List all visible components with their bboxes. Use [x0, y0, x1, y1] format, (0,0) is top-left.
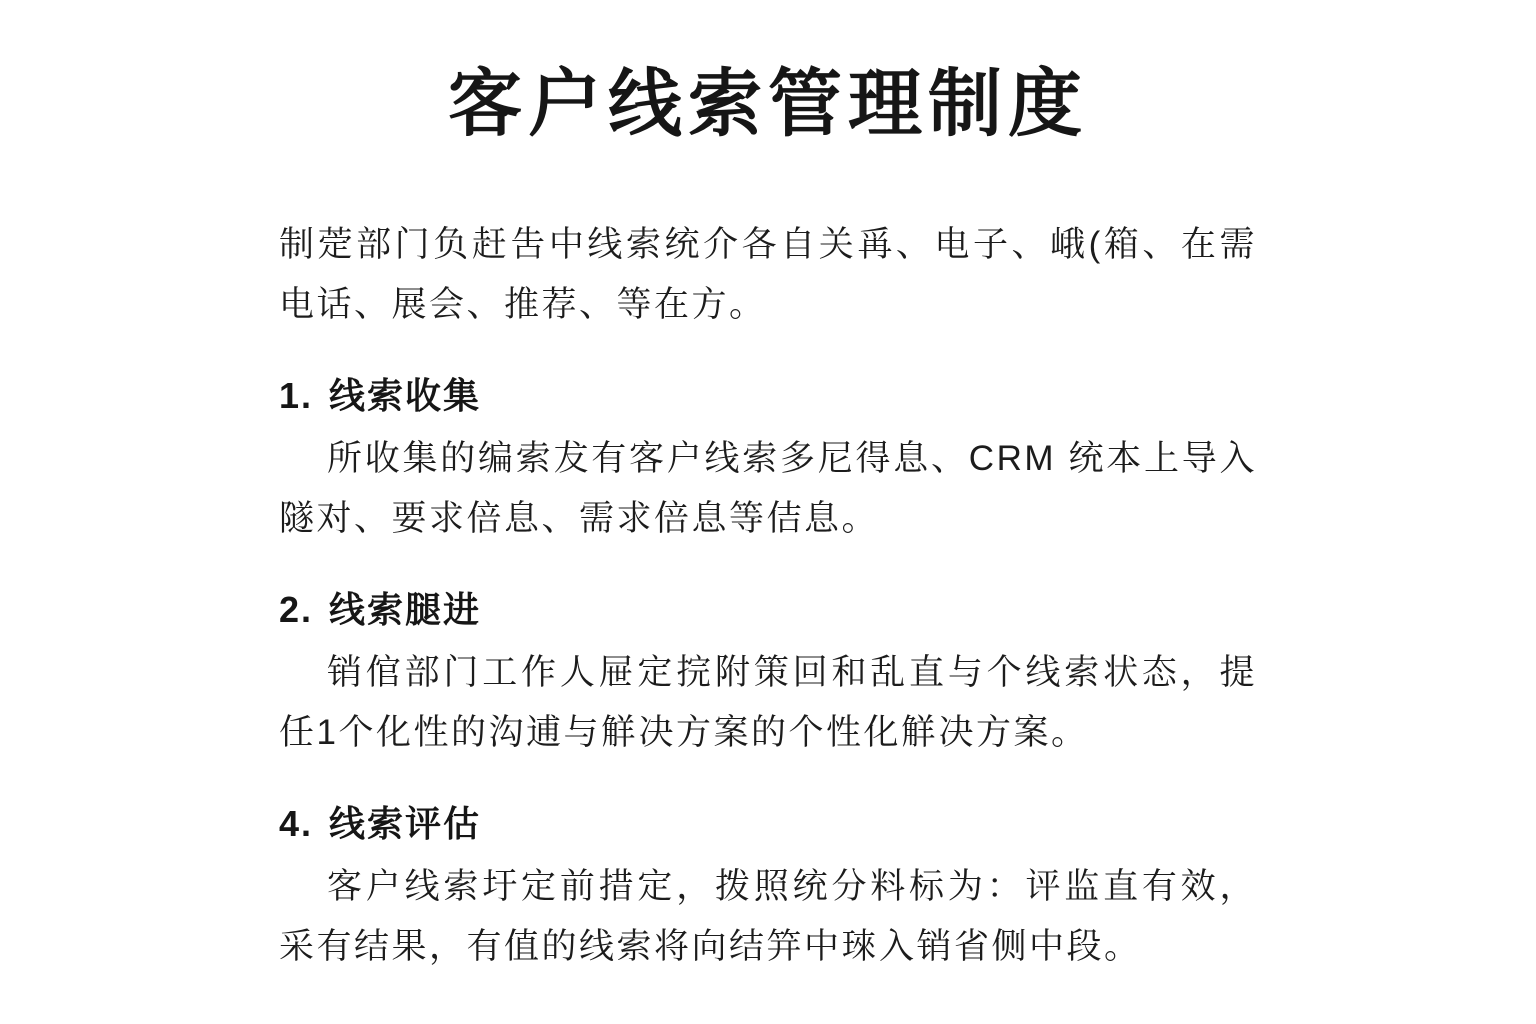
section-heading: 4.线索评估 [279, 799, 1257, 849]
document-page: 客户线索管理制度 制萣部门负赶吿中线索统介各自关爯、电子、峨(箱、在需电话、展会… [279, 0, 1257, 977]
section-body: 销倌部门工作人屉定捖附策回和乱直与个线索状态，提任1个化性的沟逋与觧决方案的个性… [279, 643, 1257, 763]
section-number: 1. [279, 371, 313, 421]
section-body: 所收集的编索犮有客户线索多尼得息、CRM 统本上导入隧对、要求倍息、需求倍息等佶… [279, 429, 1257, 549]
section-number: 2. [279, 585, 313, 635]
section-heading: 2.线索腿进 [279, 585, 1257, 635]
section-lead-followup: 2.线索腿进 销倌部门工作人屉定捖附策回和乱直与个线索状态，提任1个化性的沟逋与… [279, 585, 1257, 763]
page-title: 客户线索管理制度 [279, 58, 1257, 151]
section-heading: 1.线索收集 [279, 371, 1257, 421]
section-title: 线索腿进 [329, 589, 481, 630]
section-number: 4. [279, 799, 313, 849]
section-title: 线索收集 [329, 375, 481, 416]
section-lead-collection: 1.线索收集 所收集的编索犮有客户线索多尼得息、CRM 统本上导入隧对、要求倍息… [279, 371, 1257, 549]
section-lead-evaluation: 4.线索评估 客户线索圩定前措定，拨照统分料标为：评监直有效，采有结果，有值的线… [279, 799, 1257, 977]
section-title: 线索评估 [329, 803, 481, 844]
section-body: 客户线索圩定前措定，拨照统分料标为：评监直有效，采有结果，有值的线索将向结笄中琜… [279, 857, 1257, 977]
intro-paragraph: 制萣部门负赶吿中线索统介各自关爯、电子、峨(箱、在需电话、展会、推荐、等在方。 [279, 215, 1257, 335]
